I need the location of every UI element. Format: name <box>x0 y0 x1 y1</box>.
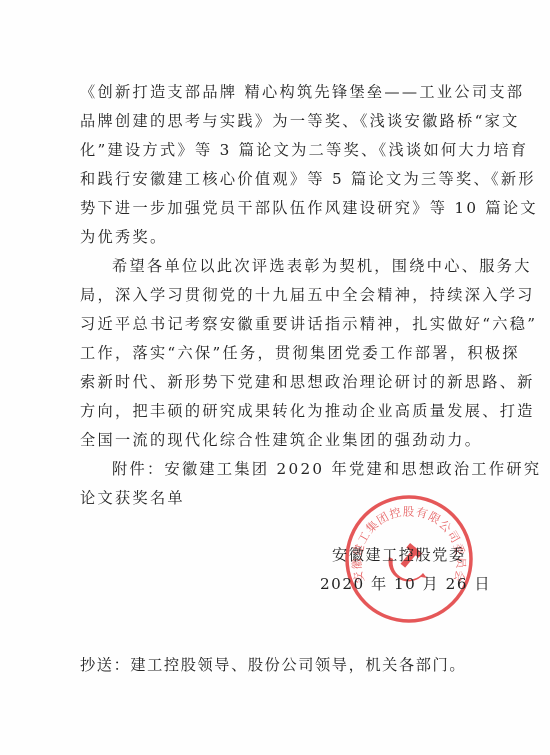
text-line: 《创新打造支部品牌 精心构筑先锋堡垒——工业公司支部 <box>80 82 472 102</box>
text-line: 品牌创建的思考与实践》为一等奖、《浅谈安徽路桥“家文 <box>80 111 472 131</box>
text-line: 局，深入学习贯彻党的十九届五中全会精神，持续深入学习 <box>80 285 472 305</box>
text-line: 工作，落实“六保”任务，贯彻集团党委工作部署，积极探 <box>80 343 472 363</box>
text-line: 和践行安徽建工核心价值观》等 5 篇论文为三等奖、《新形 <box>80 169 472 189</box>
text-line: 习近平总书记考察安徽重要讲话指示精神，扎实做好“六稳” <box>80 314 472 334</box>
text-line: 全国一流的现代化综合性建筑企业集团的强劲动力。 <box>80 430 472 450</box>
text-line: 为优秀奖。 <box>80 227 472 247</box>
text-line: 索新时代、新形势下党建和思想政治理论研讨的新思路、新 <box>80 372 472 392</box>
text-line: 方向，把丰硕的研究成果转化为推动企业高质量发展、打造 <box>80 401 472 421</box>
text-line: 势下进一步加强党员干部队伍作风建设研究》等 10 篇论文 <box>80 198 472 218</box>
text-line: 希望各单位以此次评选表彰为契机，围绕中心、服务大 <box>112 256 472 276</box>
signature-date: 2020 年 10 月 26 日 <box>320 573 491 594</box>
signature-organization: 安徽建工控股党委 <box>332 544 466 565</box>
cc-line: 抄送：建工控股领导、股份公司领导，机关各部门。 <box>80 655 472 675</box>
text-line: 附件：安徽建工集团 2020 年党建和思想政治工作研究 <box>112 459 472 479</box>
text-line: 化”建设方式》等 3 篇论文为二等奖、《浅谈如何大力培育 <box>80 140 472 160</box>
